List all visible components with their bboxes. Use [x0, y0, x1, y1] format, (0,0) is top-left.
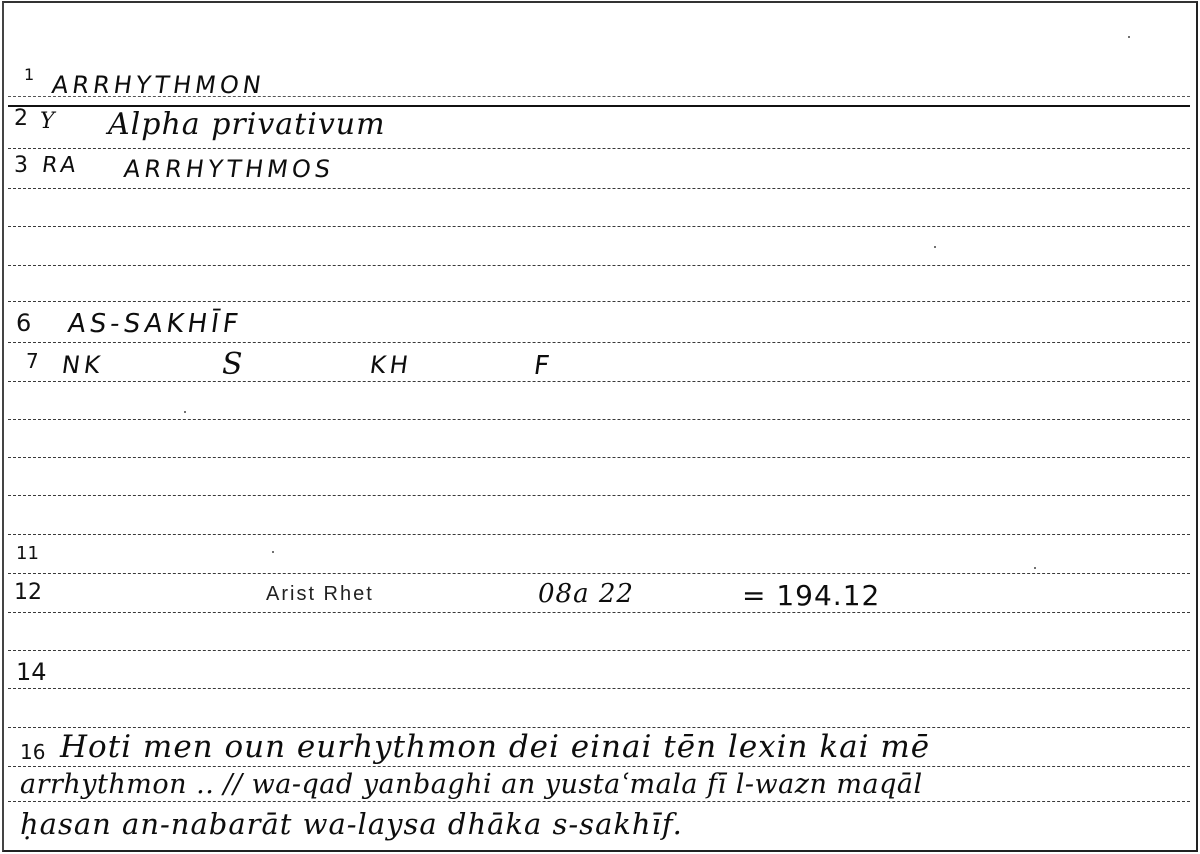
line-number: 3: [14, 153, 28, 178]
line-number: 11: [16, 543, 39, 564]
rule-line: [8, 419, 1190, 420]
line-number: 6: [16, 309, 31, 337]
rule-line: [8, 148, 1190, 149]
rule-line: [8, 727, 1190, 728]
rule-line: [8, 188, 1190, 189]
etymology-note: Alpha privativum: [108, 107, 386, 142]
scan-speck: [934, 246, 936, 248]
rule-line: [8, 650, 1190, 651]
rule-line: [8, 342, 1190, 343]
scan-speck: [272, 551, 274, 553]
line-number: 7: [26, 349, 39, 373]
line-number: 1: [24, 65, 34, 84]
scan-speck: [1128, 36, 1130, 38]
root-letter: S: [222, 347, 244, 382]
rule-line: [8, 612, 1190, 613]
line-label: Y: [40, 109, 56, 134]
rule-line: [8, 457, 1190, 458]
rule-line: [8, 381, 1190, 382]
quotation-line-2: arrhythmon .. // wa-qad yanbaghi an yust…: [20, 769, 923, 800]
rule-line: [8, 495, 1190, 496]
source-citation: Arist Rhet: [266, 583, 374, 606]
rule-line: [8, 226, 1190, 227]
rule-line: [8, 534, 1190, 535]
index-card: 1 ARRHYTHMON 2 Y Alpha privativum 3 RA A…: [2, 1, 1198, 852]
line-number: 14: [16, 658, 47, 686]
root-letter: KH: [368, 351, 414, 379]
source-reference: 08a 22: [538, 579, 634, 609]
arabic-headword: AS-SAKHĪF: [66, 309, 244, 339]
line-number: 16: [20, 740, 45, 764]
rule-line: [8, 688, 1190, 689]
scan-speck: [184, 411, 186, 413]
rule-line: [8, 766, 1190, 767]
scan-speck: [1034, 567, 1036, 569]
root-word: ARRHYTHMOS: [122, 155, 336, 183]
quotation-line-3: ḥasan an-nabarāt wa-laysa dhāka s-sakhīf…: [20, 807, 683, 841]
rule-line: [8, 573, 1190, 574]
line-label: RA: [40, 153, 81, 178]
line-label: NK: [60, 351, 106, 379]
line-number: 12: [14, 580, 42, 605]
root-letter: F: [532, 351, 555, 381]
headword: ARRHYTHMON: [50, 71, 267, 99]
line-number: 2: [14, 106, 28, 131]
rule-line: [8, 801, 1190, 802]
quotation-line-1: Hoti men oun eurhythmon dei einai tēn le…: [60, 729, 930, 765]
rule-line: [8, 265, 1190, 266]
rule-line: [8, 301, 1190, 302]
edition-page-reference: = 194.12: [742, 579, 880, 612]
